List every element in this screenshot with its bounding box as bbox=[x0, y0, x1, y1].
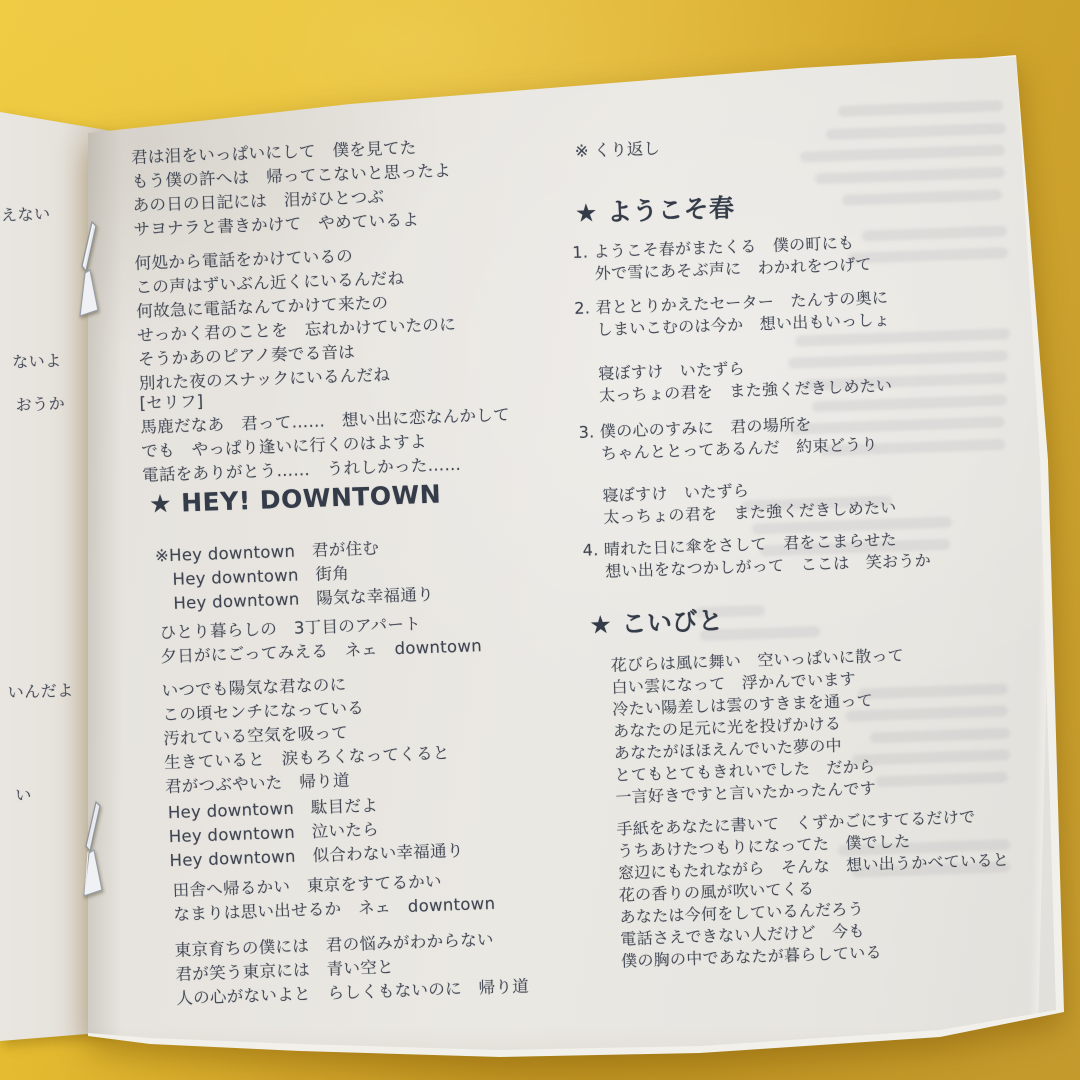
left-lyrics-column: 君は泪をいっぱいにして 僕を見てた もう僕の許へは 帰ってこないと思ったよ あの… bbox=[126, 0, 583, 1080]
photo-scene: えない ないよ おうか いんだよ い 君は泪をいっぱいにして 僕を見てた もう僕… bbox=[0, 0, 1080, 1080]
song-title-youkoso-haru: ★ ようこそ春 bbox=[574, 188, 735, 230]
lyrics-stanza: 東京育ちの僕には 君の悩みがわからない 君が笑う東京には 青い空と 人の心がない… bbox=[174, 927, 529, 1011]
staple-top bbox=[72, 216, 106, 328]
lyrics-verse: 2. 君ととりかえたセーター たんすの奥に しまいこむのは今か 想い出もいっしょ bbox=[574, 287, 890, 342]
lyrics-refrain: 寝ぼすけ いたずら 太っちょの君を また強くだきしめたい bbox=[576, 353, 892, 408]
lyrics-stanza: 何処から電話をかけているの この声はずいぶん近くにいるんだね 何故急に電話なんて… bbox=[134, 241, 458, 396]
lyrics-stanza: ※Hey downtown 君が住む Hey downtown 街角 Hey d… bbox=[155, 535, 435, 617]
lyrics-serifu: [セリフ] 馬鹿だなあ 君って…… 想い出に恋なんかして でも やっぱり逢いに行… bbox=[139, 379, 512, 488]
booklet-page: 君は泪をいっぱいにして 僕を見てた もう僕の許へは 帰ってこないと思ったよ あの… bbox=[0, 0, 1080, 1080]
song-title-koibito: ★ こいびと bbox=[589, 601, 724, 642]
lyrics-refrain: 寝ぼすけ いたずら 太っちょの君を また強くだきしめたい bbox=[580, 475, 896, 530]
lyrics-verse: 3. 僕の心のすみに 君の場所を ちゃんととってあるんだ 約束どうり bbox=[578, 411, 878, 465]
lyrics-verse: 4. 晴れた日に傘をさして 君をこまらせた 想い出をなつかしがって ここは 笑お… bbox=[582, 528, 931, 584]
lyrics-stanza: 花びらは風に舞い 空いっぱいに散って 白い雲になって 浮かんでいます 冷たい陽差… bbox=[610, 645, 909, 809]
lyrics-stanza: 田舎へ帰るかい 東京をすてるかい なまりは思い出せるか ネェ downtown bbox=[172, 868, 495, 927]
staple-bottom bbox=[76, 796, 110, 908]
lyrics-stanza: ひとり暮らしの 3丁目のアパート 夕日がにごってみえる ネェ downtown bbox=[159, 610, 482, 669]
repeat-mark-note: ※ くり返し bbox=[574, 135, 660, 162]
lyrics-verse: 1. ようこそ春がまたくる 僕の町にも 外で雪にあそぶ声に わかれをつげて bbox=[572, 232, 872, 286]
lyrics-stanza: いつでも陽気な君なのに この頃センチになっている 汚れている空気を吸って 生きて… bbox=[161, 669, 451, 799]
lyrics-stanza: 君は泪をいっぱいにして 僕を見てた もう僕の許へは 帰ってこないと思ったよ あの… bbox=[131, 135, 453, 242]
right-lyrics-column: ※ くり返し ★ ようこそ春 1. ようこそ春がまたくる 僕の町にも 外で雪にあ… bbox=[562, 0, 1069, 1080]
lyrics-stanza: Hey downtown 駄目だよ Hey downtown 泣いたら Hey … bbox=[168, 791, 465, 873]
lyrics-stanza: 手紙をあなたに書いて くずかごにすてるだけで うちあけたつもりになってた 僕でし… bbox=[616, 805, 1012, 973]
